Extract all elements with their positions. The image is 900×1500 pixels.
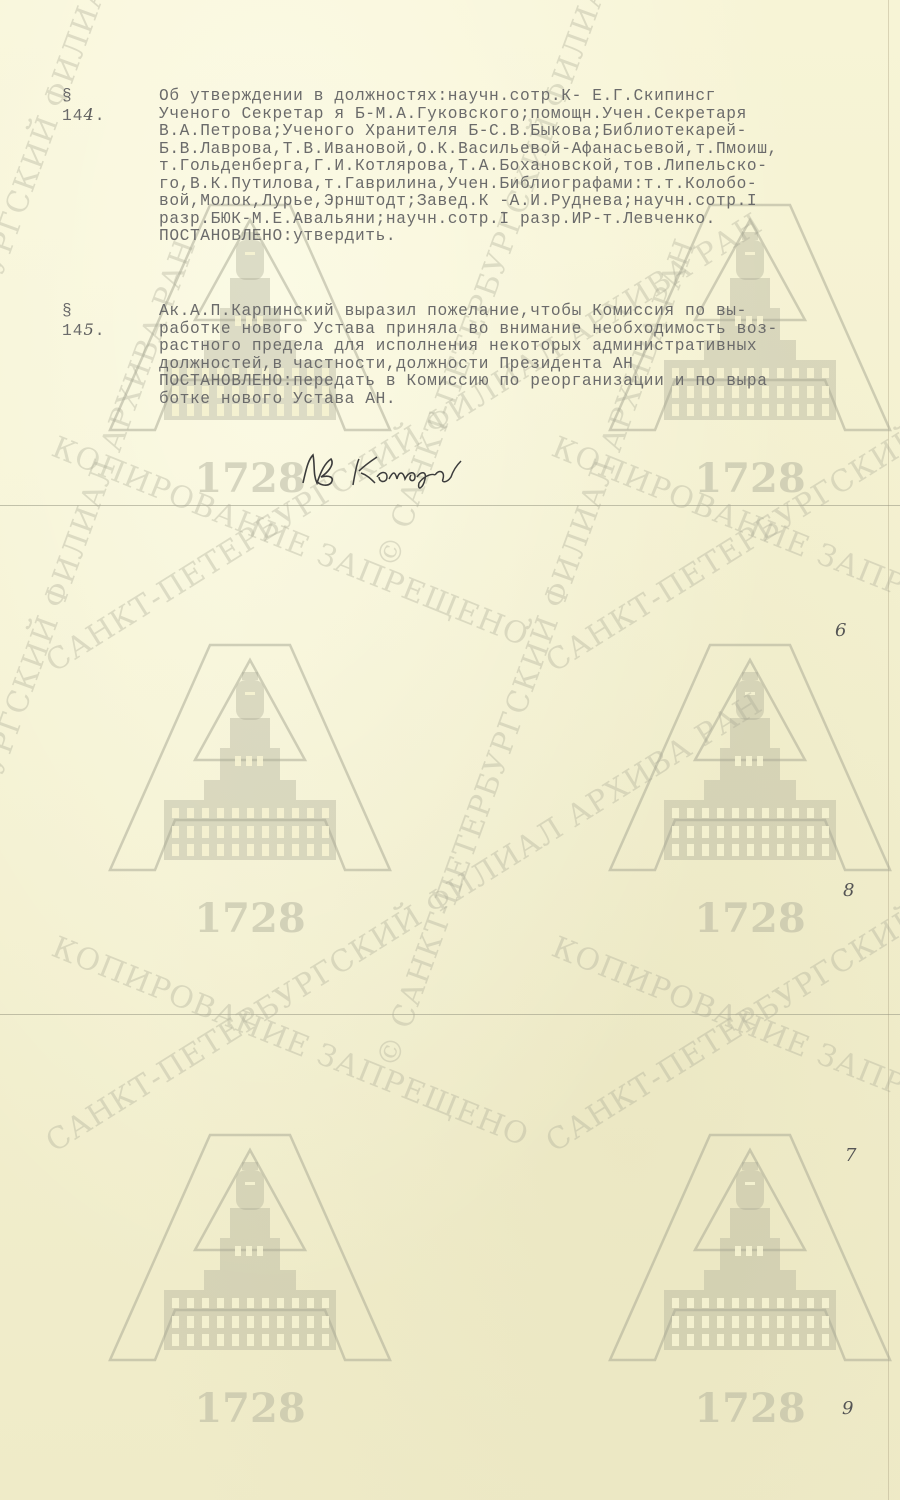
paragraph-body: Об утверждении в должностях:научн.сотр.К… [159,88,879,246]
paragraph-number: § 144. [62,88,105,125]
margin-mark: 7 [845,1145,856,1166]
fold-line [0,505,900,506]
handwritten-digit: 4 [83,105,94,124]
text-line: Ученого Секретар я Б-М.А.Гуковского;помо… [159,106,879,124]
page-edge [888,0,889,1500]
text-line: ПОСТАНОВЛЕНО:передать в Комиссию по реор… [159,373,879,391]
paragraph-body: Ак.А.П.Карпинский выразил пожелание,чтоб… [159,303,879,408]
signature: В. Комаров [295,445,515,495]
margin-mark: 8 [843,880,854,901]
text-line: работке нового Устава приняла во внимани… [159,321,879,339]
margin-mark: 9 [842,1398,853,1419]
text-line: го,В.К.Путилова,т.Гаврилина,Учен.Библиог… [159,176,879,194]
text-line: Об утверждении в должностях:научн.сотр.К… [159,88,879,106]
text-line: Б.В.Лаврова,Т.В.Ивановой,О.К.Васильевой-… [159,141,879,159]
text-line: т.Гольденберга,Г.И.Котлярова,Т.А.Боханов… [159,158,879,176]
text-line: Ак.А.П.Карпинский выразил пожелание,чтоб… [159,303,879,321]
text-line: ботке нового Устава АН. [159,391,879,409]
margin-mark: 6 [835,620,846,641]
text-line: растного предела для исполнения некоторы… [159,338,879,356]
text-line: В.А.Петрова;Ученого Хранителя Б-С.В.Быко… [159,123,879,141]
text-line: вой,Молок,Лурье,Эрнштодт;Завед.К -А.И.Ру… [159,193,879,211]
text-line: ПОСТАНОВЛЕНО:утвердить. [159,228,879,246]
paragraph-number: § 145. [62,303,105,340]
handwritten-digit: 5 [83,320,94,339]
text-line: должностей,в частности,должности Президе… [159,356,879,374]
text-line: разр.БЮК-М.Е.Авальяни;научн.сотр.I разр.… [159,211,879,229]
